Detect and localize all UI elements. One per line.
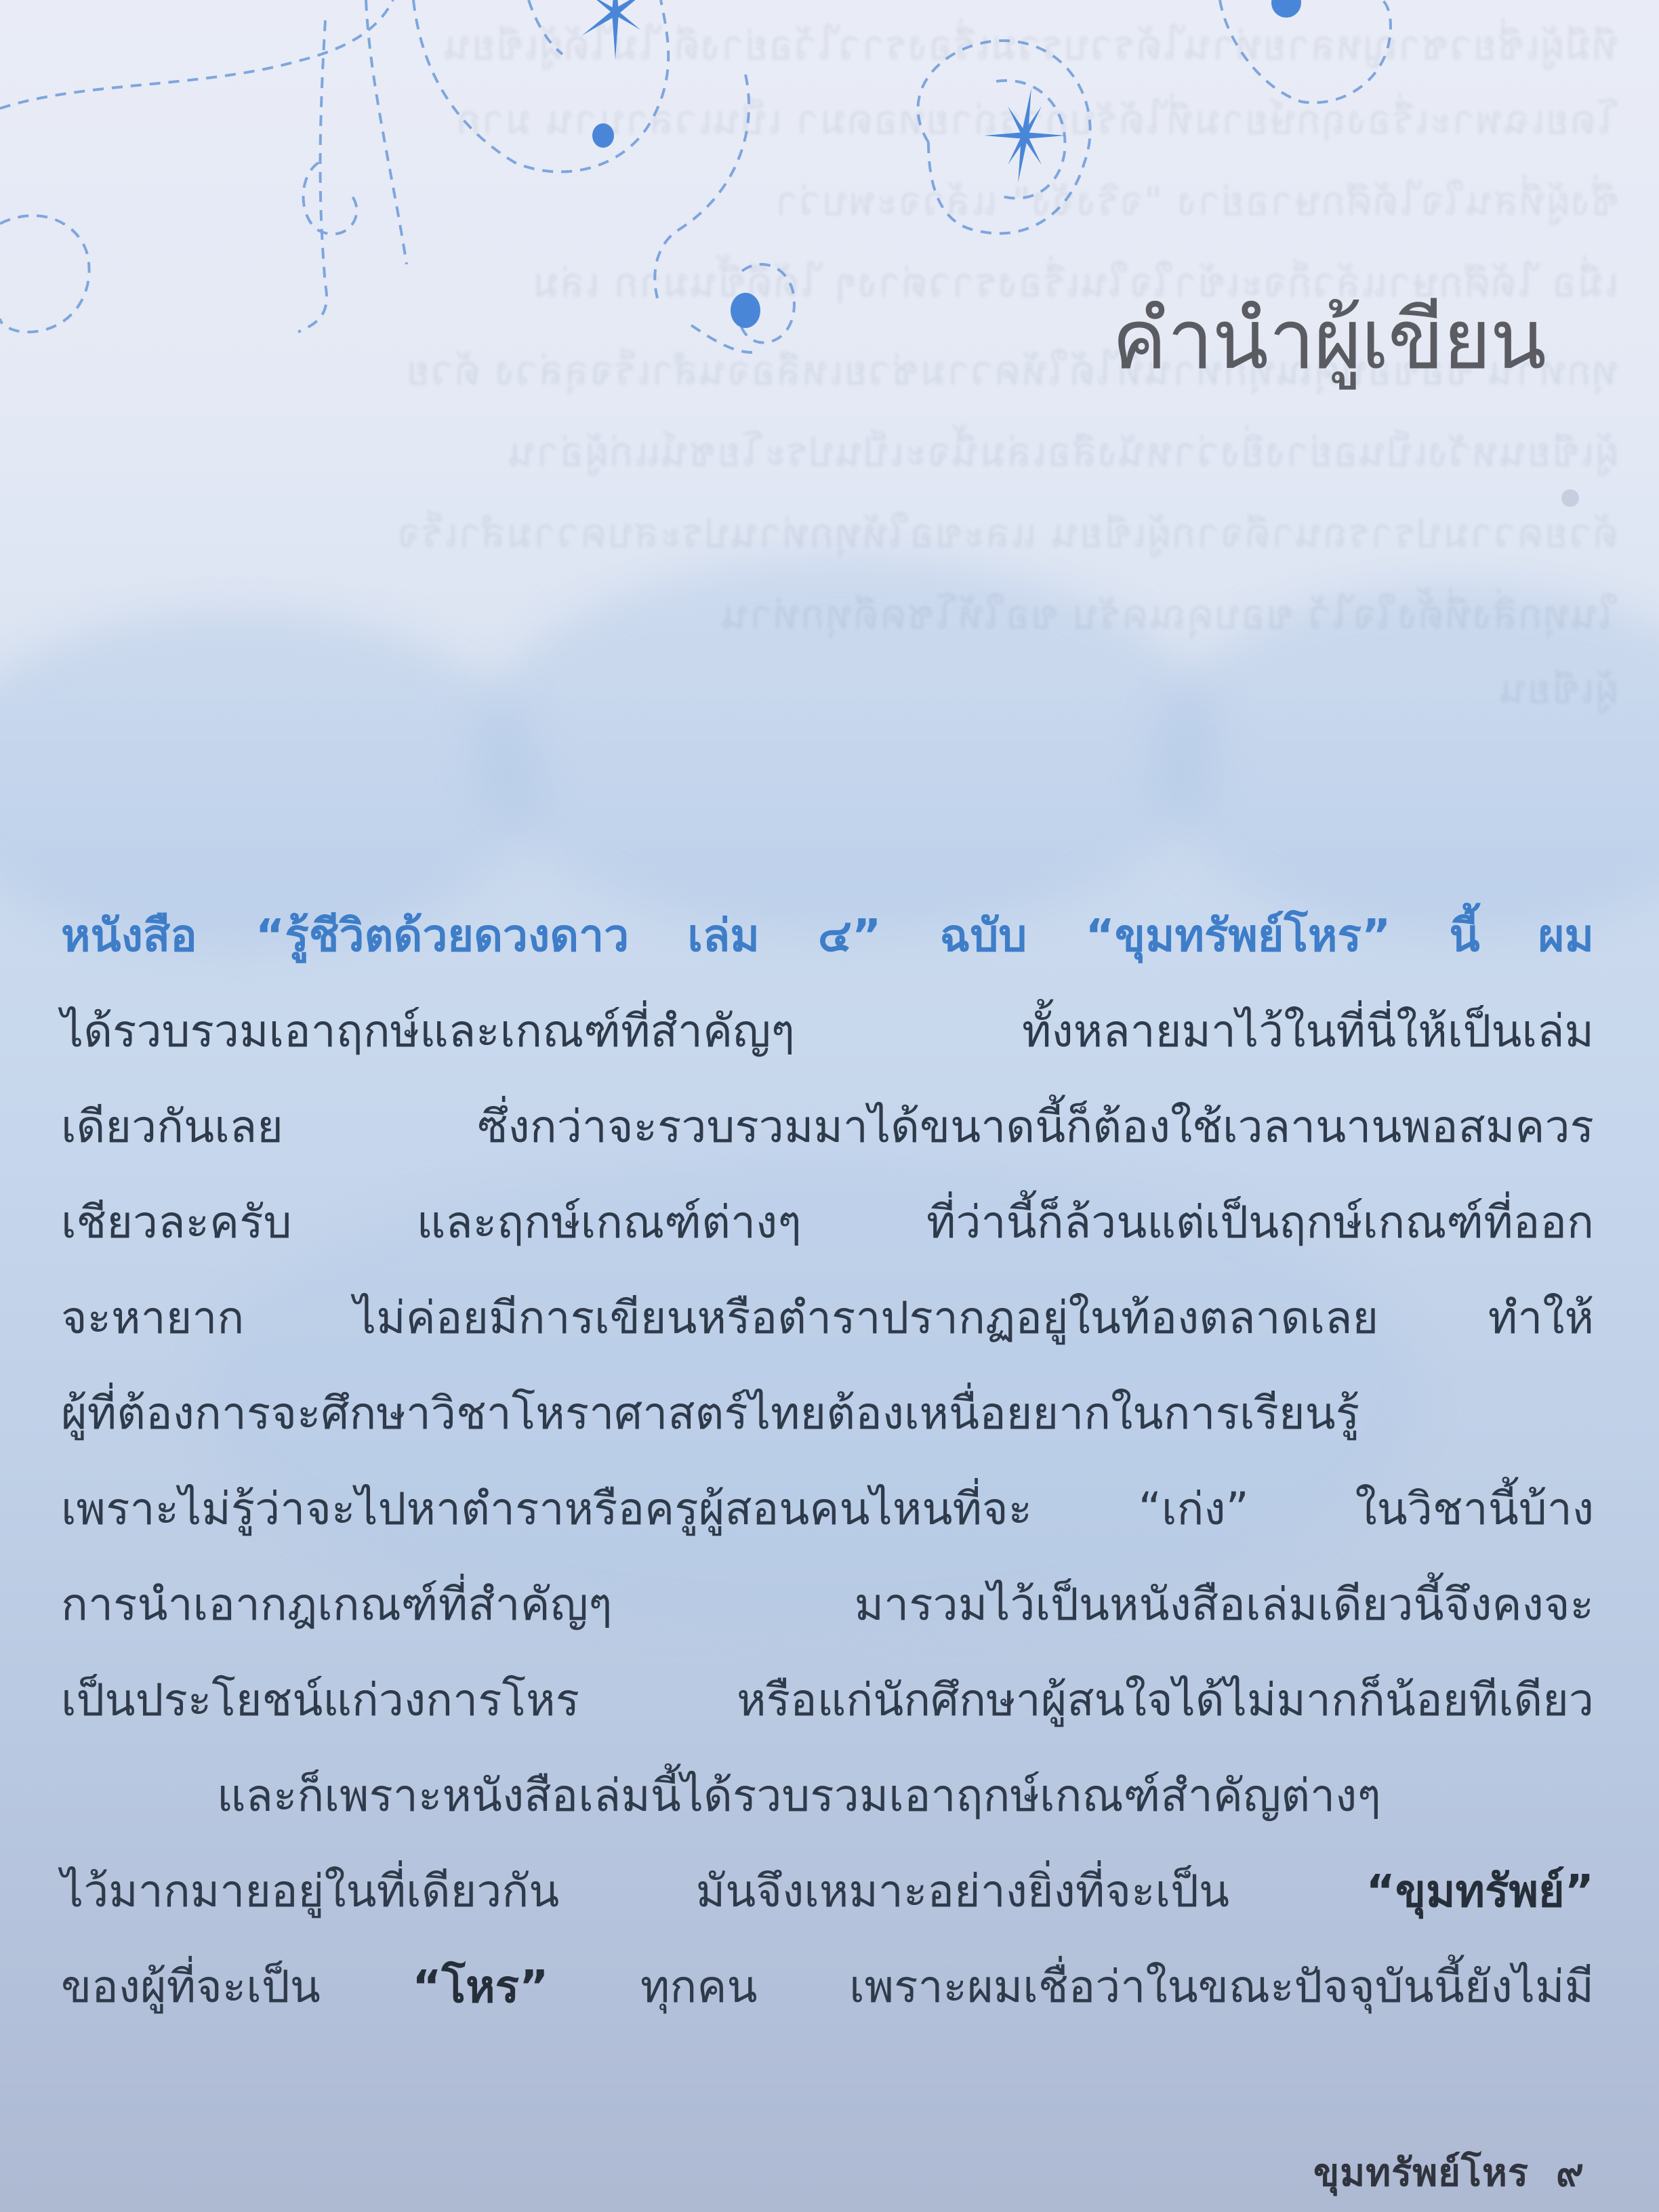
show-through-text: ผู้เขียน xyxy=(68,657,1618,720)
show-through-text: ด้วยความปรารถนาดีจากผู้เขียน และขอให้ทุก… xyxy=(68,501,1618,565)
body-line: ได้รวบรวมเอาฤกษ์และเกณฑ์ที่สำคัญๆ ทั้งหล… xyxy=(61,983,1594,1079)
dashed-swirl xyxy=(0,216,89,332)
dashed-swirl xyxy=(529,0,562,54)
body-text-segment: เป็นประโยชน์แก่วงการโหร หรือแก่นักศึกษาผ… xyxy=(61,1674,1594,1726)
emphasis-text: “โหร” xyxy=(412,1961,548,2013)
show-through-text: ผู้เขียนหวังเป็นอย่างยิ่งว่าหนังสือเล่มน… xyxy=(68,420,1618,483)
show-through-dot xyxy=(1561,489,1579,507)
dot-icon xyxy=(592,123,614,148)
dashed-swirl xyxy=(304,163,357,234)
body-line: ของผู้ที่จะเป็น “โหร” ทุกคน เพราะผมเชื่อ… xyxy=(61,1939,1594,2034)
body-line: เชียวละครับ และฤกษ์เกณฑ์ต่างๆ ที่ว่านี้ก… xyxy=(61,1174,1594,1270)
body-line: เดียวกันเลย ซึ่งกว่าจะรวบรวมมาได้ขนาดนี้… xyxy=(61,1079,1594,1174)
dashed-swirl xyxy=(366,0,407,264)
body-line: เป็นประโยชน์แก่วงการโหร หรือแก่นักศึกษาผ… xyxy=(61,1652,1594,1748)
body-text-segment: การนำเอากฎเกณฑ์ที่สำคัญๆ มารวมไว้เป็นหนั… xyxy=(61,1578,1594,1631)
lead-sentence: หนังสือ “รู้ชีวิตด้วยดวงดาว เล่ม ๔” ฉบับ… xyxy=(61,909,1594,962)
dashed-swirl xyxy=(1220,0,1391,103)
preface-body: หนังสือ “รู้ชีวิตด้วยดวงดาว เล่ม ๔” ฉบับ… xyxy=(61,888,1594,2034)
body-text-segment: ทุกคน เพราะผมเชื่อว่าในขณะปัจจุบันนี้ยัง… xyxy=(548,1961,1594,2013)
body-line: หนังสือ “รู้ชีวิตด้วยดวงดาว เล่ม ๔” ฉบับ… xyxy=(61,888,1594,983)
body-line: ผู้ที่ต้องการจะศึกษาวิชาโหราศาสตร์ไทยต้อ… xyxy=(61,1366,1594,1461)
body-text-segment: เพราะไม่รู้ว่าจะไปหาตำราหรือครูผู้สอนคนไ… xyxy=(61,1483,1594,1535)
dashed-swirl xyxy=(655,75,749,298)
body-text-segment: ของผู้ที่จะเป็น xyxy=(61,1961,412,2013)
page-title: คำนำผู้เขียน xyxy=(1112,298,1546,381)
body-line: จะหายาก ไม่ค่อยมีการเขียนหรือตำราปรากฏอย… xyxy=(61,1270,1594,1366)
page-footer: ขุมทรัพย์โหร๙ xyxy=(1313,2142,1584,2203)
body-line: ไว้มากมายอยู่ในที่เดียวกัน มันจึงเหมาะอย… xyxy=(61,1843,1594,1939)
body-text-segment: เดียวกันเลย ซึ่งกว่าจะรวบรวมมาได้ขนาดนี้… xyxy=(61,1101,1594,1153)
running-title: ขุมทรัพย์โหร xyxy=(1313,2150,1529,2195)
body-line-indented: และก็เพราะหนังสือเล่มนี้ได้รวบรวมเอาฤกษ์… xyxy=(61,1748,1594,1843)
body-text-segment: และก็เพราะหนังสือเล่มนี้ได้รวบรวมเอาฤกษ์… xyxy=(217,1769,1381,1822)
page-number: ๙ xyxy=(1556,2150,1584,2195)
body-text-segment: เชียวละครับ และฤกษ์เกณฑ์ต่างๆ ที่ว่านี้ก… xyxy=(61,1196,1594,1248)
body-text-segment: ไว้มากมายอยู่ในที่เดียวกัน มันจึงเหมาะอย… xyxy=(61,1865,1366,1917)
body-text-segment: จะหายาก ไม่ค่อยมีการเขียนหรือตำราปรากฏอย… xyxy=(61,1292,1594,1344)
dashed-swirl xyxy=(298,20,327,332)
emphasis-text: “ขุมทรัพย์” xyxy=(1366,1865,1594,1917)
body-line: เพราะไม่รู้ว่าจะไปหาตำราหรือครูผู้สอนคนไ… xyxy=(61,1461,1594,1557)
dashed-swirl xyxy=(0,0,393,108)
body-text-segment: ได้รวบรวมเอาฤกษ์และเกณฑ์ที่สำคัญๆ ทั้งหล… xyxy=(61,1005,1594,1057)
show-through-text: ในทุกสิ่งที่ตั้งใจไว้ ขอบคุณครับ ขอให้โช… xyxy=(68,583,1618,646)
body-line: การนำเอากฎเกณฑ์ที่สำคัญๆ มารวมไว้เป็นหนั… xyxy=(61,1557,1594,1652)
body-text-segment: ผู้ที่ต้องการจะศึกษาวิชาโหราศาสตร์ไทยต้อ… xyxy=(61,1387,1359,1439)
star-icon xyxy=(580,0,651,60)
dot-icon xyxy=(1271,0,1301,18)
dot-icon xyxy=(731,293,760,328)
